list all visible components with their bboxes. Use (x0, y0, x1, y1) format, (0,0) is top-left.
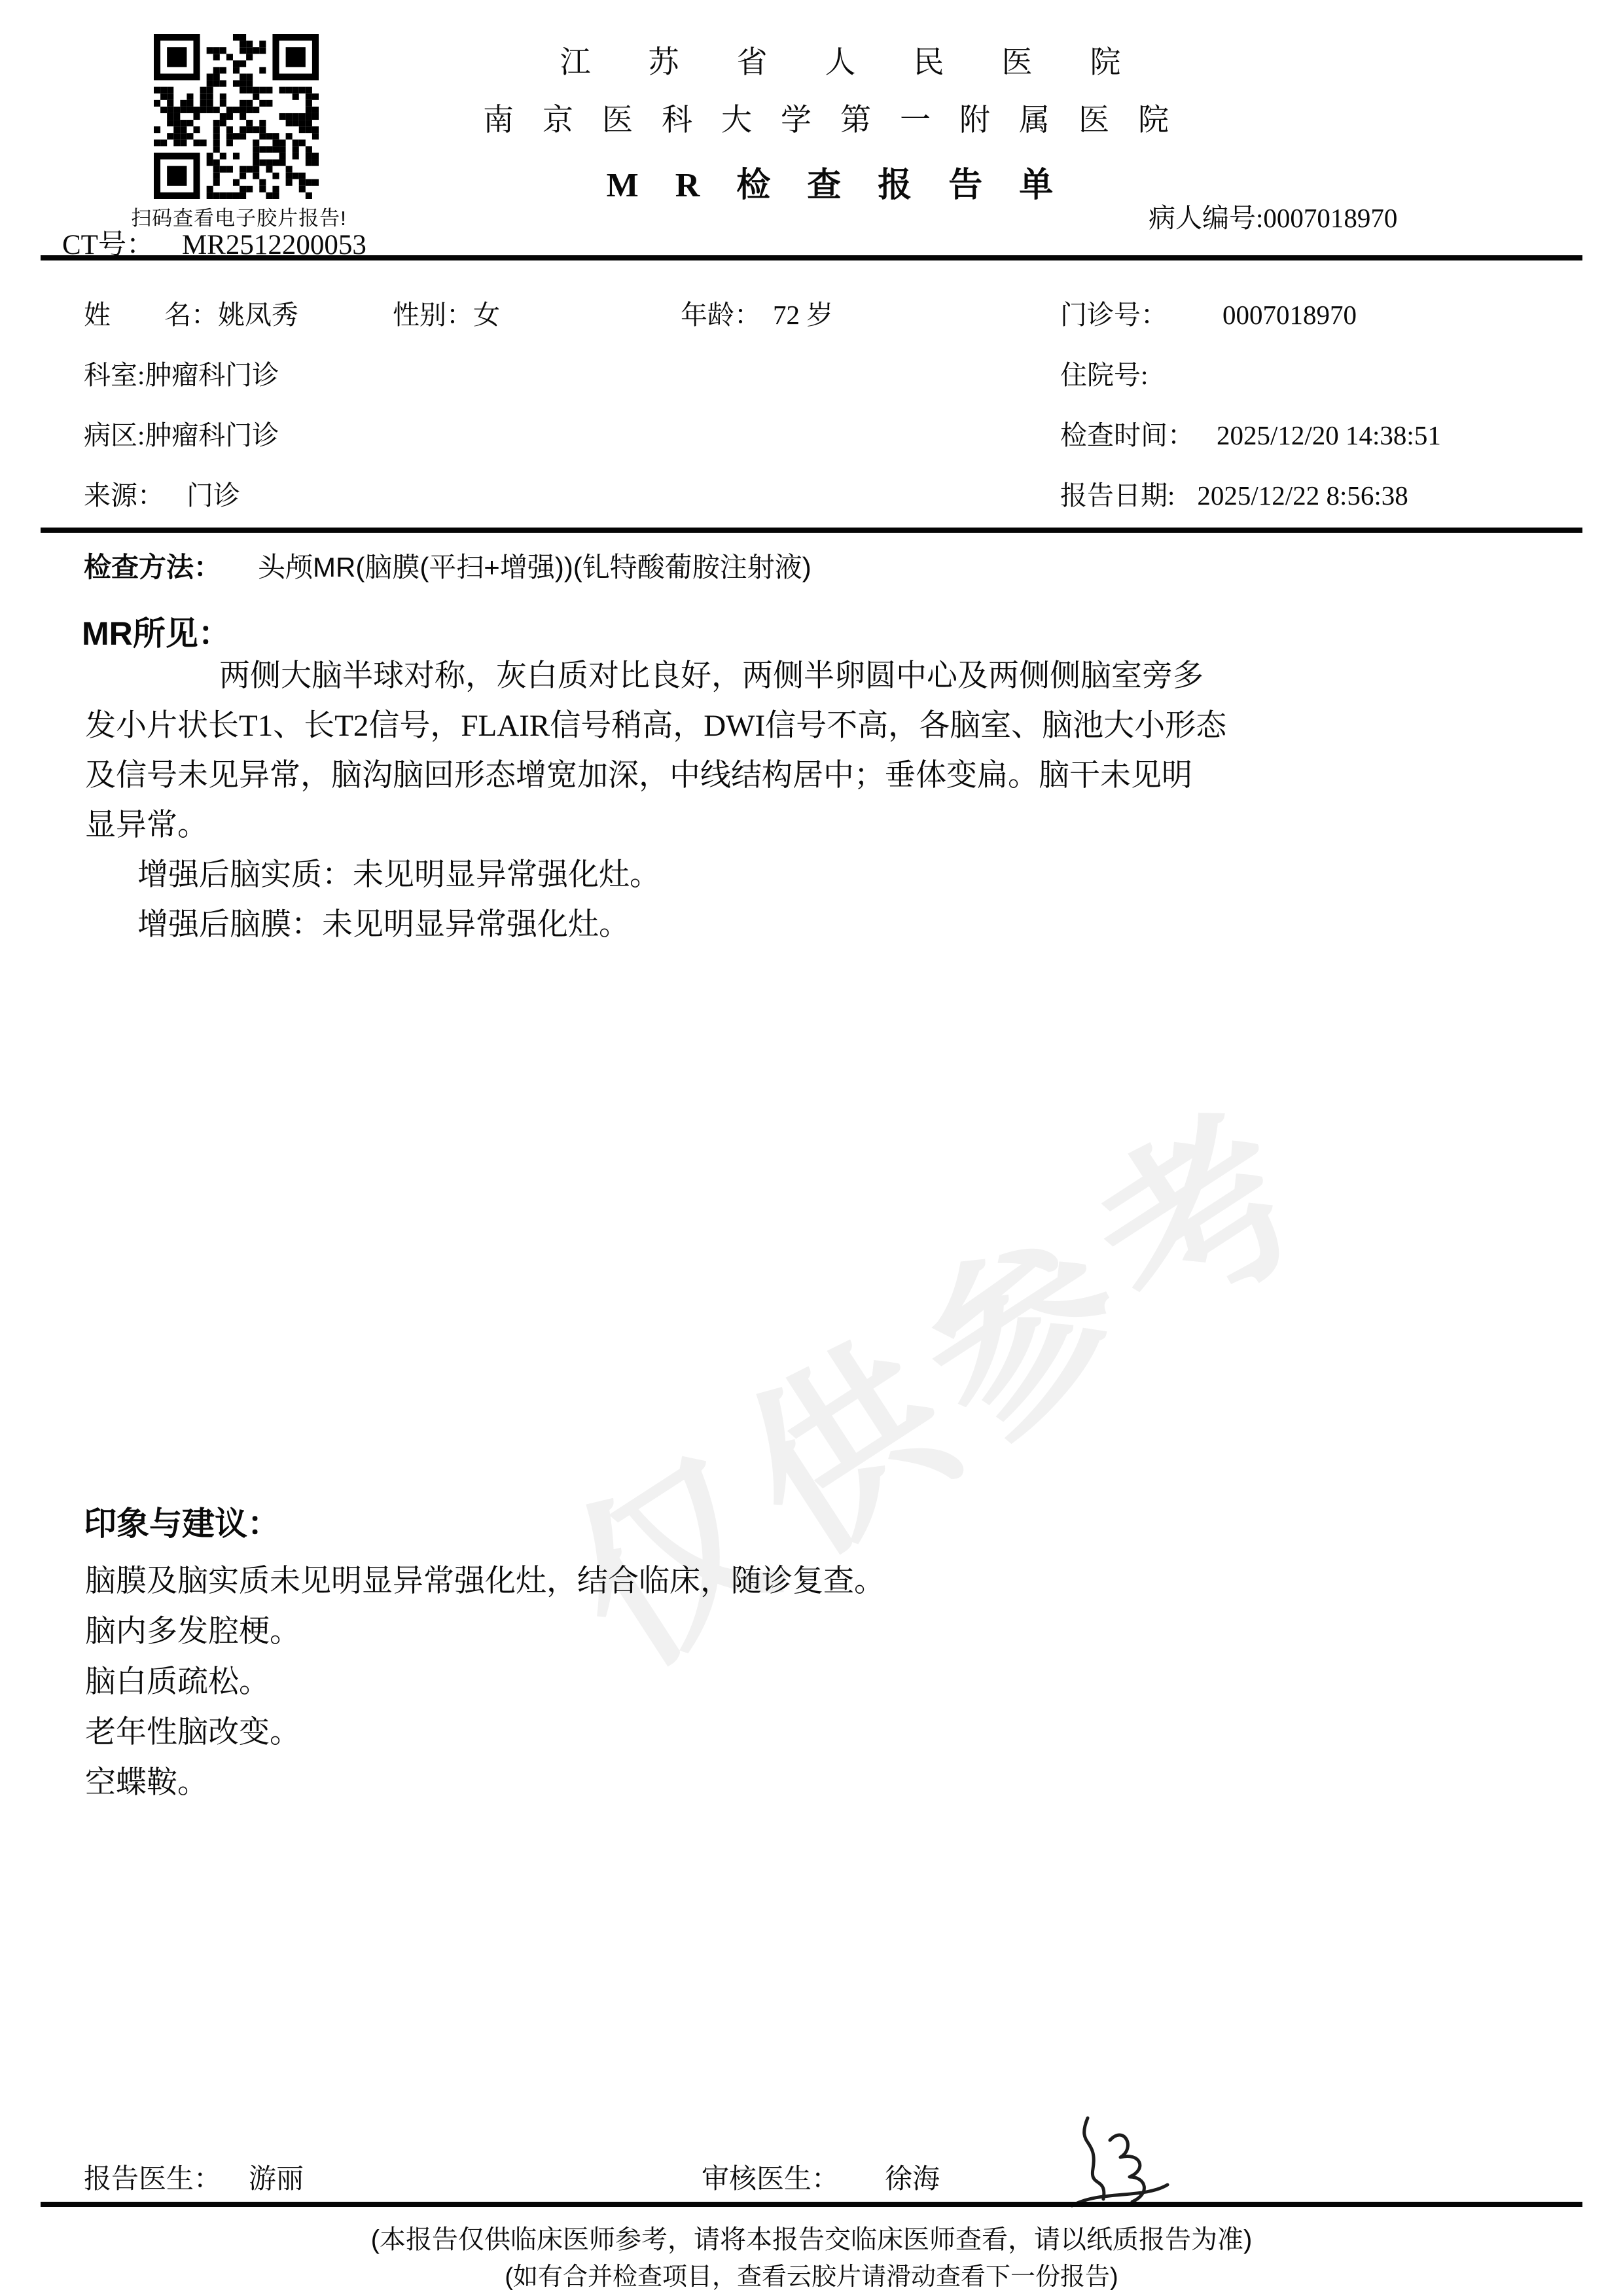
age-field: 年龄：72 岁 (681, 293, 833, 332)
department-field: 科室:肿瘤科门诊 (84, 353, 279, 392)
report-date-label: 报告日期: (1060, 480, 1175, 511)
review-doctor-label: 审核医生： (702, 2163, 839, 2194)
name-value: 姚凤秀 (218, 300, 298, 330)
ward-label: 病区: (84, 420, 145, 450)
report-doctor-field: 报告医生：游丽 (84, 2157, 304, 2197)
gender-value: 女 (473, 300, 500, 330)
info-divider (41, 528, 1582, 533)
footer-note-2: (如有合并检查项目，查看云胶片请滑动查看下一份报告) (0, 2256, 1623, 2292)
age-value: 72 岁 (773, 300, 833, 330)
department-label: 科室: (84, 360, 145, 390)
patient-id-line: 病人编号:0007018970 (1149, 196, 1397, 235)
patient-id-value: 0007018970 (1263, 203, 1397, 233)
header-divider (41, 255, 1582, 260)
footer-note-1: (本报告仅供临床医师参考，请将本报告交临床医师查看，请以纸质报告为准) (0, 2219, 1623, 2256)
exam-method-value: 头颅MR(脑膜(平扫+增强))(钆特酸葡胺注射液) (258, 552, 811, 583)
impression-line: 空蝶鞍。 (85, 1758, 208, 1802)
report-date-field: 报告日期:2025/12/22 8:56:38 (1060, 474, 1408, 512)
review-doctor-name: 徐海 (885, 2163, 940, 2194)
source-value: 门诊 (187, 480, 240, 511)
patient-name-field: 姓 名：姚凤秀 (84, 293, 298, 332)
source-field: 来源：门诊 (84, 474, 240, 512)
exam-method-label: 检查方法： (84, 552, 221, 583)
findings-line: 发小片状长T1、长T2信号，FLAIR信号稍高，DWI信号不高，各脑室、脑池大小… (85, 701, 1226, 745)
exam-method-field: 检查方法：头颅MR(脑膜(平扫+增强))(钆特酸葡胺注射液) (84, 546, 811, 585)
watermark-text: 仅供参考 (510, 1031, 1362, 1716)
review-doctor-field: 审核医生：徐海 (702, 2157, 940, 2197)
findings-line: 两侧大脑半球对称，灰白质对比良好，两侧半卵圆中心及两侧侧脑室旁多 (85, 651, 1204, 695)
gender-field: 性别：女 (393, 293, 500, 332)
exam-time-label: 检查时间： (1060, 420, 1194, 450)
impression-line: 脑内多发腔梗。 (85, 1607, 300, 1651)
outpatient-no-label: 门诊号： (1060, 300, 1168, 330)
gender-label: 性别： (393, 300, 473, 330)
impression-heading: 印象与建议： (84, 1498, 280, 1545)
report-doctor-label: 报告医生： (84, 2163, 221, 2194)
exam-time-field: 检查时间：2025/12/20 14:38:51 (1060, 414, 1441, 452)
impression-line: 脑膜及脑实质未见明显异常强化灶，结合临床，随诊复查。 (85, 1556, 885, 1600)
findings-line: 增强后脑膜：未见明显异常强化灶。 (85, 900, 630, 944)
report-doctor-name: 游丽 (249, 2163, 304, 2194)
findings-line: 及信号未见异常，脑沟脑回形态增宽加深，中线结构居中；垂体变扁。脑干未见明 (85, 751, 1192, 795)
outpatient-no-field: 门诊号：0007018970 (1060, 293, 1357, 332)
outpatient-no-value: 0007018970 (1222, 300, 1357, 330)
report-date-value: 2025/12/22 8:56:38 (1197, 480, 1408, 511)
hospital-affiliation: 南京医科大学第一附属医院 (0, 96, 1623, 139)
findings-line: 增强后脑实质：未见明显异常强化灶。 (85, 850, 660, 894)
department-value: 肿瘤科门诊 (145, 360, 279, 390)
patient-id-label: 病人编号: (1149, 203, 1263, 233)
findings-line: 显异常。 (85, 800, 208, 844)
ward-field: 病区:肿瘤科门诊 (84, 414, 279, 452)
impression-line: 老年性脑改变。 (85, 1708, 300, 1751)
findings-heading: MR所见： (82, 607, 231, 655)
inpatient-no-label: 住院号: (1060, 360, 1148, 390)
ward-value: 肿瘤科门诊 (145, 420, 279, 450)
source-label: 来源： (84, 480, 164, 511)
mr-report-page: 扫码查看电子胶片报告! CT号：MR2512200053 江苏省人民医院 南京医… (0, 0, 1623, 2296)
name-label: 姓 名： (84, 300, 218, 330)
age-label: 年龄： (681, 300, 761, 330)
footer-divider (41, 2202, 1582, 2207)
exam-time-value: 2025/12/20 14:38:51 (1217, 420, 1441, 450)
hospital-name: 江苏省人民医院 (0, 38, 1623, 82)
impression-line: 脑白质疏松。 (85, 1657, 270, 1701)
inpatient-no-field: 住院号: (1060, 353, 1148, 392)
